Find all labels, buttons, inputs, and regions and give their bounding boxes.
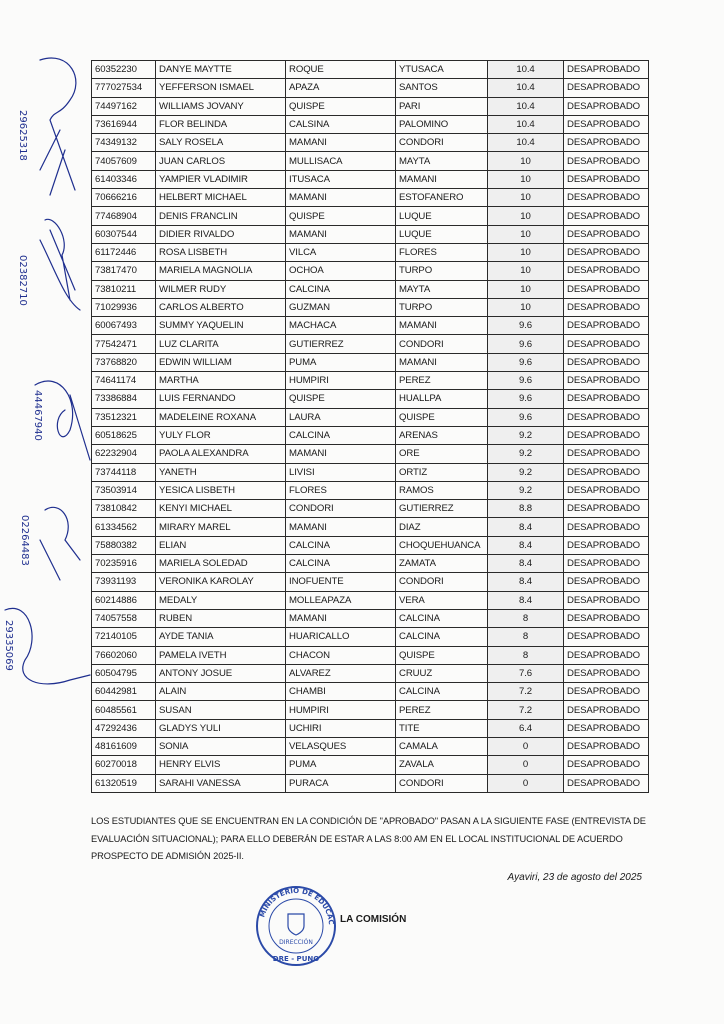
paternal-surname-cell: MAMANI <box>286 518 396 536</box>
handwritten-number: 02264483 <box>19 515 30 566</box>
table-row: 73512321MADELEINE ROXANALAURAQUISPE9.6DE… <box>92 408 649 426</box>
paternal-surname-cell: CALCINA <box>286 555 396 573</box>
paternal-surname-cell: MAMANI <box>286 189 396 207</box>
first-names-cell: DENIS FRANCLIN <box>156 207 286 225</box>
score-cell: 10 <box>488 152 564 170</box>
maternal-surname-cell: PALOMINO <box>396 115 488 133</box>
dni-cell: 70235916 <box>92 555 156 573</box>
dni-cell: 48161609 <box>92 737 156 755</box>
table-row: 73616944FLOR BELINDACALSINAPALOMINO10.4D… <box>92 115 649 133</box>
maternal-surname-cell: ZAMATA <box>396 555 488 573</box>
maternal-surname-cell: TURPO <box>396 262 488 280</box>
table-row: 47292436GLADYS YULIUCHIRITITE6.4DESAPROB… <box>92 719 649 737</box>
maternal-surname-cell: ORTIZ <box>396 463 488 481</box>
handwritten-signatures: 29625318 02382710 44467940 02264483 2933… <box>0 40 100 720</box>
maternal-surname-cell: CONDORI <box>396 335 488 353</box>
first-names-cell: MEDALY <box>156 591 286 609</box>
maternal-surname-cell: PEREZ <box>396 701 488 719</box>
paternal-surname-cell: PUMA <box>286 353 396 371</box>
first-names-cell: SALY ROSELA <box>156 134 286 152</box>
first-names-cell: ELIAN <box>156 536 286 554</box>
maternal-surname-cell: PARI <box>396 97 488 115</box>
paternal-surname-cell: QUISPE <box>286 207 396 225</box>
first-names-cell: VERONIKA KAROLAY <box>156 573 286 591</box>
status-cell: DESAPROBADO <box>564 61 649 79</box>
dni-cell: 60485561 <box>92 701 156 719</box>
table-row: 77542471LUZ CLARITAGUTIERREZCONDORI9.6DE… <box>92 335 649 353</box>
maternal-surname-cell: MAMANI <box>396 317 488 335</box>
paternal-surname-cell: LAURA <box>286 408 396 426</box>
maternal-surname-cell: TURPO <box>396 298 488 316</box>
table-row: 60442981ALAINCHAMBICALCINA7.2DESAPROBADO <box>92 683 649 701</box>
dni-cell: 73768820 <box>92 353 156 371</box>
dni-cell: 77542471 <box>92 335 156 353</box>
maternal-surname-cell: YTUSACA <box>396 61 488 79</box>
maternal-surname-cell: ESTOFANERO <box>396 189 488 207</box>
dni-cell: 60214886 <box>92 591 156 609</box>
first-names-cell: YEFFERSON ISMAEL <box>156 79 286 97</box>
dni-cell: 74497162 <box>92 97 156 115</box>
score-cell: 10 <box>488 262 564 280</box>
maternal-surname-cell: CONDORI <box>396 134 488 152</box>
table-row: 73817470MARIELA MAGNOLIAOCHOATURPO10DESA… <box>92 262 649 280</box>
dni-cell: 60270018 <box>92 756 156 774</box>
maternal-surname-cell: MAYTA <box>396 280 488 298</box>
status-cell: DESAPROBADO <box>564 573 649 591</box>
signatory-label: LA COMISIÓN <box>340 914 406 925</box>
paternal-surname-cell: ITUSACA <box>286 170 396 188</box>
table-row: 71029936CARLOS ALBERTOGUZMANTURPO10DESAP… <box>92 298 649 316</box>
table-row: 73768820EDWIN WILLIAMPUMAMAMANI9.6DESAPR… <box>92 353 649 371</box>
status-cell: DESAPROBADO <box>564 683 649 701</box>
table-row: 74497162WILLIAMS JOVANYQUISPEPARI10.4DES… <box>92 97 649 115</box>
status-cell: DESAPROBADO <box>564 756 649 774</box>
dni-cell: 75880382 <box>92 536 156 554</box>
maternal-surname-cell: SANTOS <box>396 79 488 97</box>
table-row: 62232904PAOLA ALEXANDRAMAMANIORE9.2DESAP… <box>92 445 649 463</box>
maternal-surname-cell: MAMANI <box>396 353 488 371</box>
paternal-surname-cell: HUMPIRI <box>286 372 396 390</box>
dni-cell: 71029936 <box>92 298 156 316</box>
status-cell: DESAPROBADO <box>564 262 649 280</box>
maternal-surname-cell: CONDORI <box>396 573 488 591</box>
maternal-surname-cell: MAMANI <box>396 170 488 188</box>
paternal-surname-cell: MOLLEAPAZA <box>286 591 396 609</box>
status-cell: DESAPROBADO <box>564 463 649 481</box>
handwritten-number: 29625318 <box>17 110 28 161</box>
maternal-surname-cell: RAMOS <box>396 481 488 499</box>
paternal-surname-cell: LIVISI <box>286 463 396 481</box>
score-cell: 7.6 <box>488 664 564 682</box>
score-cell: 10.4 <box>488 134 564 152</box>
status-cell: DESAPROBADO <box>564 591 649 609</box>
status-cell: DESAPROBADO <box>564 609 649 627</box>
score-cell: 10 <box>488 280 564 298</box>
score-cell: 9.6 <box>488 317 564 335</box>
dni-cell: 61172446 <box>92 243 156 261</box>
dni-cell: 74349132 <box>92 134 156 152</box>
status-cell: DESAPROBADO <box>564 774 649 792</box>
paternal-surname-cell: GUZMAN <box>286 298 396 316</box>
status-cell: DESAPROBADO <box>564 317 649 335</box>
status-cell: DESAPROBADO <box>564 408 649 426</box>
dni-cell: 61403346 <box>92 170 156 188</box>
table-row: 74641174MARTHAHUMPIRIPEREZ9.6DESAPROBADO <box>92 372 649 390</box>
paternal-surname-cell: CONDORI <box>286 500 396 518</box>
score-cell: 9.2 <box>488 426 564 444</box>
score-cell: 10 <box>488 189 564 207</box>
table-row: 74057609JUAN CARLOSMULLISACAMAYTA10DESAP… <box>92 152 649 170</box>
dni-cell: 60518625 <box>92 426 156 444</box>
score-cell: 9.6 <box>488 372 564 390</box>
score-cell: 9.2 <box>488 463 564 481</box>
score-cell: 7.2 <box>488 683 564 701</box>
dni-cell: 62232904 <box>92 445 156 463</box>
table-row: 61403346YAMPIER VLADIMIRITUSACAMAMANI10D… <box>92 170 649 188</box>
first-names-cell: WILLIAMS JOVANY <box>156 97 286 115</box>
first-names-cell: YAMPIER VLADIMIR <box>156 170 286 188</box>
score-cell: 10 <box>488 170 564 188</box>
status-cell: DESAPROBADO <box>564 737 649 755</box>
first-names-cell: MARIELA SOLEDAD <box>156 555 286 573</box>
maternal-surname-cell: ORE <box>396 445 488 463</box>
table-row: 77468904DENIS FRANCLINQUISPELUQUE10DESAP… <box>92 207 649 225</box>
handwritten-number: 29335069 <box>3 620 14 671</box>
status-cell: DESAPROBADO <box>564 170 649 188</box>
status-cell: DESAPROBADO <box>564 225 649 243</box>
first-names-cell: HENRY ELVIS <box>156 756 286 774</box>
score-cell: 8.4 <box>488 555 564 573</box>
score-cell: 10 <box>488 207 564 225</box>
paternal-surname-cell: CHACON <box>286 646 396 664</box>
results-page: 29625318 02382710 44467940 02264483 2933… <box>0 0 724 1024</box>
score-cell: 10.4 <box>488 61 564 79</box>
stamp-ring-text: MINISTERIO DE EDUCACIÓN <box>254 884 335 925</box>
paternal-surname-cell: PUMA <box>286 756 396 774</box>
score-cell: 9.6 <box>488 390 564 408</box>
first-names-cell: RUBEN <box>156 609 286 627</box>
status-cell: DESAPROBADO <box>564 628 649 646</box>
dni-cell: 73744118 <box>92 463 156 481</box>
first-names-cell: YULY FLOR <box>156 426 286 444</box>
paternal-surname-cell: MACHACA <box>286 317 396 335</box>
paternal-surname-cell: VELASQUES <box>286 737 396 755</box>
first-names-cell: JUAN CARLOS <box>156 152 286 170</box>
status-cell: DESAPROBADO <box>564 701 649 719</box>
paternal-surname-cell: INOFUENTE <box>286 573 396 591</box>
first-names-cell: MARIELA MAGNOLIA <box>156 262 286 280</box>
score-cell: 10 <box>488 225 564 243</box>
paternal-surname-cell: CALCINA <box>286 426 396 444</box>
paternal-surname-cell: VILCA <box>286 243 396 261</box>
first-names-cell: LUZ CLARITA <box>156 335 286 353</box>
maternal-surname-cell: CONDORI <box>396 774 488 792</box>
table-row: 48161609SONIAVELASQUESCAMALA0DESAPROBADO <box>92 737 649 755</box>
dni-cell: 60352230 <box>92 61 156 79</box>
table-row: 61334562MIRARY MARELMAMANIDIAZ8.4DESAPRO… <box>92 518 649 536</box>
dni-cell: 47292436 <box>92 719 156 737</box>
status-cell: DESAPROBADO <box>564 372 649 390</box>
status-cell: DESAPROBADO <box>564 445 649 463</box>
first-names-cell: ROSA LISBETH <box>156 243 286 261</box>
score-cell: 9.6 <box>488 408 564 426</box>
status-cell: DESAPROBADO <box>564 189 649 207</box>
first-names-cell: SONIA <box>156 737 286 755</box>
dni-cell: 73386884 <box>92 390 156 408</box>
handwritten-number: 44467940 <box>32 390 43 441</box>
stamp-inner-text: DIRECCIÓN <box>279 939 313 946</box>
maternal-surname-cell: PEREZ <box>396 372 488 390</box>
maternal-surname-cell: TITE <box>396 719 488 737</box>
first-names-cell: AYDE TANIA <box>156 628 286 646</box>
handwritten-number: 02382710 <box>17 255 28 306</box>
score-cell: 8.4 <box>488 536 564 554</box>
score-cell: 10.4 <box>488 79 564 97</box>
date-line: Ayaviri, 23 de agosto del 2025 <box>508 872 642 883</box>
paternal-surname-cell: PURACA <box>286 774 396 792</box>
paternal-surname-cell: CALCINA <box>286 280 396 298</box>
table-row: 70666216HELBERT MICHAELMAMANIESTOFANERO1… <box>92 189 649 207</box>
first-names-cell: HELBERT MICHAEL <box>156 189 286 207</box>
paternal-surname-cell: GUTIERREZ <box>286 335 396 353</box>
status-cell: DESAPROBADO <box>564 500 649 518</box>
score-cell: 0 <box>488 756 564 774</box>
table-row: 60214886MEDALYMOLLEAPAZAVERA8.4DESAPROBA… <box>92 591 649 609</box>
score-cell: 9.6 <box>488 335 564 353</box>
score-cell: 8 <box>488 646 564 664</box>
table-row: 76602060PAMELA IVETHCHACONQUISPE8DESAPRO… <box>92 646 649 664</box>
table-row: 60504795ANTONY JOSUEALVAREZCRUUZ7.6DESAP… <box>92 664 649 682</box>
score-cell: 8.4 <box>488 518 564 536</box>
first-names-cell: SARAHI VANESSA <box>156 774 286 792</box>
paternal-surname-cell: QUISPE <box>286 97 396 115</box>
score-cell: 8.4 <box>488 573 564 591</box>
table-row: 72140105AYDE TANIAHUARICALLOCALCINA8DESA… <box>92 628 649 646</box>
maternal-surname-cell: ZAVALA <box>396 756 488 774</box>
maternal-surname-cell: MAYTA <box>396 152 488 170</box>
dni-cell: 60442981 <box>92 683 156 701</box>
table-row: 60518625YULY FLORCALCINAARENAS9.2DESAPRO… <box>92 426 649 444</box>
dni-cell: 73931193 <box>92 573 156 591</box>
first-names-cell: PAOLA ALEXANDRA <box>156 445 286 463</box>
paternal-surname-cell: MULLISACA <box>286 152 396 170</box>
paternal-surname-cell: MAMANI <box>286 609 396 627</box>
status-cell: DESAPROBADO <box>564 719 649 737</box>
status-cell: DESAPROBADO <box>564 243 649 261</box>
dni-cell: 70666216 <box>92 189 156 207</box>
first-names-cell: MARTHA <box>156 372 286 390</box>
first-names-cell: CARLOS ALBERTO <box>156 298 286 316</box>
score-cell: 9.2 <box>488 445 564 463</box>
status-cell: DESAPROBADO <box>564 335 649 353</box>
first-names-cell: LUIS FERNANDO <box>156 390 286 408</box>
table-row: 60067493SUMMY YAQUELINMACHACAMAMANI9.6DE… <box>92 317 649 335</box>
dni-cell: 74057558 <box>92 609 156 627</box>
first-names-cell: SUMMY YAQUELIN <box>156 317 286 335</box>
first-names-cell: ALAIN <box>156 683 286 701</box>
maternal-surname-cell: GUTIERREZ <box>396 500 488 518</box>
paternal-surname-cell: CHAMBI <box>286 683 396 701</box>
maternal-surname-cell: FLORES <box>396 243 488 261</box>
status-cell: DESAPROBADO <box>564 97 649 115</box>
status-cell: DESAPROBADO <box>564 555 649 573</box>
table-row: 73810842KENYI MICHAELCONDORIGUTIERREZ8.8… <box>92 500 649 518</box>
paternal-surname-cell: QUISPE <box>286 390 396 408</box>
score-cell: 0 <box>488 737 564 755</box>
score-cell: 8 <box>488 609 564 627</box>
paternal-surname-cell: ALVAREZ <box>286 664 396 682</box>
stamp-bottom-text: DRE - PUNO <box>273 955 319 963</box>
svg-text:MINISTERIO DE EDUCACIÓN: MINISTERIO DE EDUCACIÓN <box>254 884 335 925</box>
dni-cell: 73512321 <box>92 408 156 426</box>
paternal-surname-cell: MAMANI <box>286 445 396 463</box>
paternal-surname-cell: UCHIRI <box>286 719 396 737</box>
status-cell: DESAPROBADO <box>564 390 649 408</box>
score-cell: 8.4 <box>488 591 564 609</box>
maternal-surname-cell: CAMALA <box>396 737 488 755</box>
paternal-surname-cell: MAMANI <box>286 134 396 152</box>
score-cell: 6.4 <box>488 719 564 737</box>
maternal-surname-cell: QUISPE <box>396 408 488 426</box>
first-names-cell: YANETH <box>156 463 286 481</box>
first-names-cell: EDWIN WILLIAM <box>156 353 286 371</box>
paternal-surname-cell: MAMANI <box>286 225 396 243</box>
dni-cell: 61334562 <box>92 518 156 536</box>
dni-cell: 72140105 <box>92 628 156 646</box>
first-names-cell: DANYE MAYTTE <box>156 61 286 79</box>
dni-cell: 76602060 <box>92 646 156 664</box>
table-row: 61320519SARAHI VANESSAPURACACONDORI0DESA… <box>92 774 649 792</box>
table-row: 73386884LUIS FERNANDOQUISPEHUALLPA9.6DES… <box>92 390 649 408</box>
first-names-cell: GLADYS YULI <box>156 719 286 737</box>
results-table: 60352230DANYE MAYTTEROQUEYTUSACA10.4DESA… <box>91 60 649 793</box>
first-names-cell: MIRARY MAREL <box>156 518 286 536</box>
dni-cell: 73817470 <box>92 262 156 280</box>
table-row: 73931193VERONIKA KAROLAYINOFUENTECONDORI… <box>92 573 649 591</box>
paternal-surname-cell: APAZA <box>286 79 396 97</box>
score-cell: 8.8 <box>488 500 564 518</box>
table-row: 70235916MARIELA SOLEDADCALCINAZAMATA8.4D… <box>92 555 649 573</box>
table-row: 74349132SALY ROSELAMAMANICONDORI10.4DESA… <box>92 134 649 152</box>
maternal-surname-cell: CRUUZ <box>396 664 488 682</box>
score-cell: 10 <box>488 243 564 261</box>
dni-cell: 74641174 <box>92 372 156 390</box>
paternal-surname-cell: OCHOA <box>286 262 396 280</box>
status-cell: DESAPROBADO <box>564 152 649 170</box>
maternal-surname-cell: QUISPE <box>396 646 488 664</box>
table-row: 777027534YEFFERSON ISMAELAPAZASANTOS10.4… <box>92 79 649 97</box>
table-row: 60307544DIDIER RIVALDOMAMANILUQUE10DESAP… <box>92 225 649 243</box>
official-stamp: MINISTERIO DE EDUCACIÓN DIRECCIÓN DRE - … <box>254 884 338 968</box>
maternal-surname-cell: LUQUE <box>396 225 488 243</box>
dni-cell: 60504795 <box>92 664 156 682</box>
maternal-surname-cell: VERA <box>396 591 488 609</box>
instructions-note: LOS ESTUDIANTES QUE SE ENCUENTRAN EN LA … <box>91 813 651 866</box>
paternal-surname-cell: CALSINA <box>286 115 396 133</box>
first-names-cell: YESICA LISBETH <box>156 481 286 499</box>
dni-cell: 77468904 <box>92 207 156 225</box>
maternal-surname-cell: LUQUE <box>396 207 488 225</box>
maternal-surname-cell: CALCINA <box>396 628 488 646</box>
score-cell: 7.2 <box>488 701 564 719</box>
dni-cell: 60307544 <box>92 225 156 243</box>
paternal-surname-cell: ROQUE <box>286 61 396 79</box>
status-cell: DESAPROBADO <box>564 134 649 152</box>
paternal-surname-cell: HUMPIRI <box>286 701 396 719</box>
table-row: 60352230DANYE MAYTTEROQUEYTUSACA10.4DESA… <box>92 61 649 79</box>
maternal-surname-cell: CHOQUEHUANCA <box>396 536 488 554</box>
maternal-surname-cell: HUALLPA <box>396 390 488 408</box>
maternal-surname-cell: CALCINA <box>396 609 488 627</box>
first-names-cell: SUSAN <box>156 701 286 719</box>
score-cell: 10.4 <box>488 97 564 115</box>
score-cell: 10 <box>488 298 564 316</box>
score-cell: 0 <box>488 774 564 792</box>
status-cell: DESAPROBADO <box>564 664 649 682</box>
status-cell: DESAPROBADO <box>564 207 649 225</box>
status-cell: DESAPROBADO <box>564 280 649 298</box>
maternal-surname-cell: ARENAS <box>396 426 488 444</box>
dni-cell: 74057609 <box>92 152 156 170</box>
status-cell: DESAPROBADO <box>564 353 649 371</box>
paternal-surname-cell: CALCINA <box>286 536 396 554</box>
table-row: 75880382ELIANCALCINACHOQUEHUANCA8.4DESAP… <box>92 536 649 554</box>
first-names-cell: PAMELA IVETH <box>156 646 286 664</box>
dni-cell: 73810211 <box>92 280 156 298</box>
score-cell: 9.2 <box>488 481 564 499</box>
score-cell: 8 <box>488 628 564 646</box>
status-cell: DESAPROBADO <box>564 426 649 444</box>
dni-cell: 777027534 <box>92 79 156 97</box>
dni-cell: 60067493 <box>92 317 156 335</box>
status-cell: DESAPROBADO <box>564 298 649 316</box>
status-cell: DESAPROBADO <box>564 481 649 499</box>
first-names-cell: MADELEINE ROXANA <box>156 408 286 426</box>
first-names-cell: KENYI MICHAEL <box>156 500 286 518</box>
maternal-surname-cell: CALCINA <box>396 683 488 701</box>
status-cell: DESAPROBADO <box>564 536 649 554</box>
maternal-surname-cell: DIAZ <box>396 518 488 536</box>
results-table-body: 60352230DANYE MAYTTEROQUEYTUSACA10.4DESA… <box>92 61 649 793</box>
table-row: 73744118YANETHLIVISIORTIZ9.2DESAPROBADO <box>92 463 649 481</box>
table-row: 73810211WILMER RUDYCALCINAMAYTA10DESAPRO… <box>92 280 649 298</box>
score-cell: 9.6 <box>488 353 564 371</box>
dni-cell: 73810842 <box>92 500 156 518</box>
status-cell: DESAPROBADO <box>564 518 649 536</box>
table-row: 60485561SUSANHUMPIRIPEREZ7.2DESAPROBADO <box>92 701 649 719</box>
table-row: 61172446ROSA LISBETHVILCAFLORES10DESAPRO… <box>92 243 649 261</box>
status-cell: DESAPROBADO <box>564 115 649 133</box>
dni-cell: 61320519 <box>92 774 156 792</box>
table-row: 74057558RUBENMAMANICALCINA8DESAPROBADO <box>92 609 649 627</box>
status-cell: DESAPROBADO <box>564 646 649 664</box>
first-names-cell: ANTONY JOSUE <box>156 664 286 682</box>
score-cell: 10.4 <box>488 115 564 133</box>
dni-cell: 73616944 <box>92 115 156 133</box>
paternal-surname-cell: HUARICALLO <box>286 628 396 646</box>
table-row: 60270018HENRY ELVISPUMAZAVALA0DESAPROBAD… <box>92 756 649 774</box>
dni-cell: 73503914 <box>92 481 156 499</box>
first-names-cell: DIDIER RIVALDO <box>156 225 286 243</box>
first-names-cell: FLOR BELINDA <box>156 115 286 133</box>
paternal-surname-cell: FLORES <box>286 481 396 499</box>
table-row: 73503914YESICA LISBETHFLORESRAMOS9.2DESA… <box>92 481 649 499</box>
first-names-cell: WILMER RUDY <box>156 280 286 298</box>
status-cell: DESAPROBADO <box>564 79 649 97</box>
